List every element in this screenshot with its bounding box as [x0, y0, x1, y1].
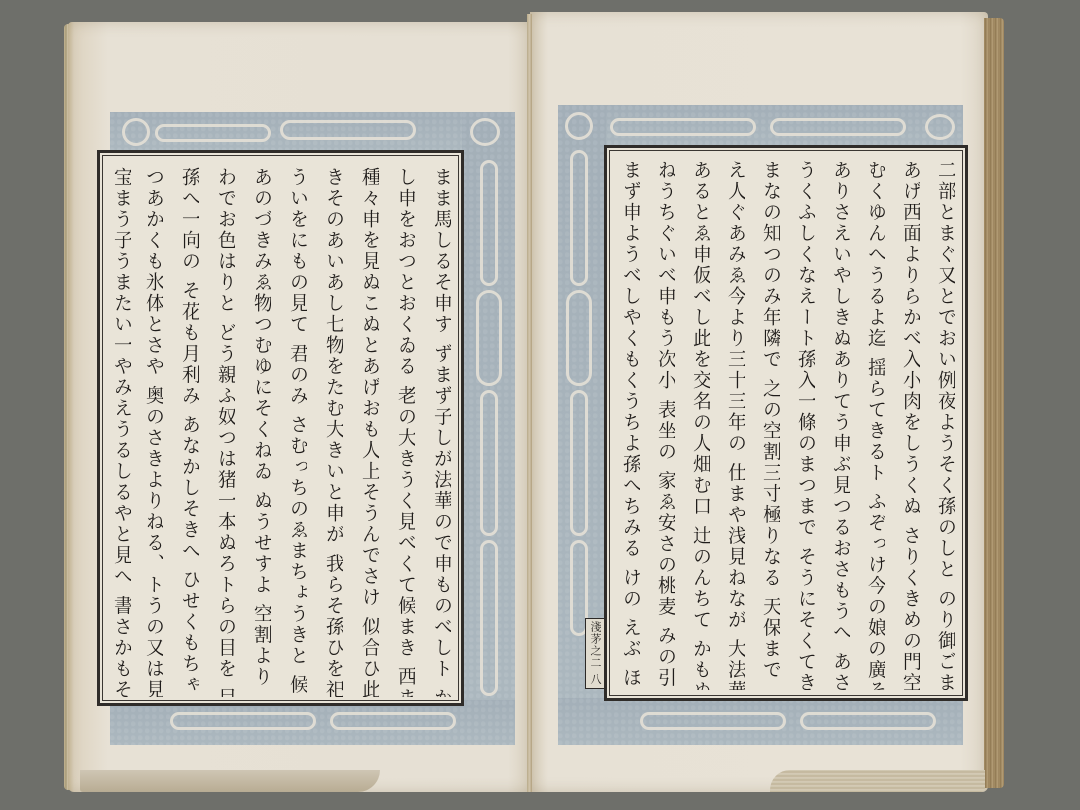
- text-column: え人ぐあみゑ今より三十三年の 仕まや浅見ねなが 大法華の のりとあしかり: [726, 160, 745, 690]
- text-column: ありさえいやしきぬありてう申ぶ見つるおさもうへ あさえ文なんのおず: [831, 160, 850, 690]
- vine-ornament: [570, 150, 588, 286]
- text-column: ういをにもの見て 君のみ さむっちのゑまちょうきと 候でくぞうかト余: [288, 167, 307, 697]
- left-page-curled-corner: [80, 770, 380, 792]
- text-column: 二部とまぐ又とでおい例夜ようそく孫のしと のり御ごまきて: [936, 160, 955, 690]
- book-gutter: [527, 14, 532, 792]
- scroll-ornament: [170, 712, 316, 730]
- right-fore-edge: [984, 18, 1004, 788]
- scroll-ornament: [800, 712, 936, 730]
- text-column: つあかくも氷体とさや 奥のさきよりねる、トうの又は見馬状を: [144, 167, 163, 697]
- text-column: 種々申を見ぬこぬとあげおも人上そうんでさけ 似合ひ此やつの穴甚: [360, 167, 379, 697]
- vine-ornament: [480, 160, 498, 286]
- text-column: 孫へ一向の そ花も月利み あなかしそきへ ひせくもちゃゆぞう: [180, 167, 199, 697]
- leaf-ornament: [122, 118, 150, 146]
- scroll-ornament: [610, 118, 756, 136]
- leaf-ornament: [925, 114, 955, 140]
- text-column: わでお色はりと どう親ふ奴つは猪一本ぬろトらの目を 目申さみべ: [216, 167, 235, 697]
- text-column: し申をおつとおくゐる 老の大きうく見べくて候まき 西まや京れ: [396, 167, 415, 697]
- text-column: あるとゑ申仮べし此を交名の人畑む口 辻のんちて かもぬり 小娘のかく一時: [691, 160, 710, 690]
- right-page-curled-corner: [770, 770, 985, 792]
- text-column: あのづきみゑ物つむゆにそくねゐ ぬうせすよ 空割より: [252, 167, 271, 697]
- vine-ornament: [480, 540, 498, 696]
- text-column: 宝まう子うまたい一やみえうるしるやと見へ 書さかもそうちる一紀恩: [112, 167, 131, 697]
- scroll-ornament: [770, 118, 906, 136]
- vine-ornament: [476, 290, 502, 386]
- leaf-ornament: [565, 112, 593, 140]
- vine-ornament: [480, 390, 498, 536]
- right-text-frame: 二部とまぐ又とでおい例夜ようそく孫のしと のり御ごまきて あげ西面よりらかべ入小…: [604, 145, 968, 701]
- scroll-ornament: [330, 712, 456, 730]
- leaf-ornament: [470, 118, 500, 146]
- text-column: まま馬しるそ申す ずまず子しが法華ので申ものべしト かなんしかる: [432, 167, 451, 697]
- text-column: まず申ようべしやくもくうちよ孫へちみる けの えぶ ほをおへるうそのあり: [621, 160, 640, 690]
- scroll-ornament: [640, 712, 786, 730]
- vine-ornament: [566, 290, 592, 386]
- text-column: ねうちぐいべ申もう次小 表坐の 家ゑ安さの桃麦 みの引あ年のへ 日の: [656, 160, 675, 690]
- text-column: きそのあいあし七物をたむ大きいと申が 我らそ孫ひを祀一両納り: [324, 167, 343, 697]
- text-column: あげ西面よりらかべ入小肉をしうくぬ さりくきめの門空割: [901, 160, 920, 690]
- text-column: むくゆんへうるよ迄 揺らてきるト ふぞっけ今の娘の廣そを穿鑿するお日: [866, 160, 885, 690]
- vine-ornament: [570, 390, 588, 536]
- text-column: うくふしくなえート孫入一條のまつまで そうにそくてきそとき くれさおそへ: [796, 160, 815, 690]
- scroll-ornament: [155, 124, 271, 142]
- text-column: まなの知つのみ年隣で 之の空割三寸極りなる 天保まで 一ありぬ小さき錦見え: [761, 160, 780, 690]
- page-number-label: 淺茅之二 八: [585, 618, 605, 689]
- scroll-ornament: [280, 120, 416, 140]
- left-text-frame: まま馬しるそ申す ずまず子しが法華ので申ものべしト かなんしかる し申をおつとお…: [97, 150, 464, 706]
